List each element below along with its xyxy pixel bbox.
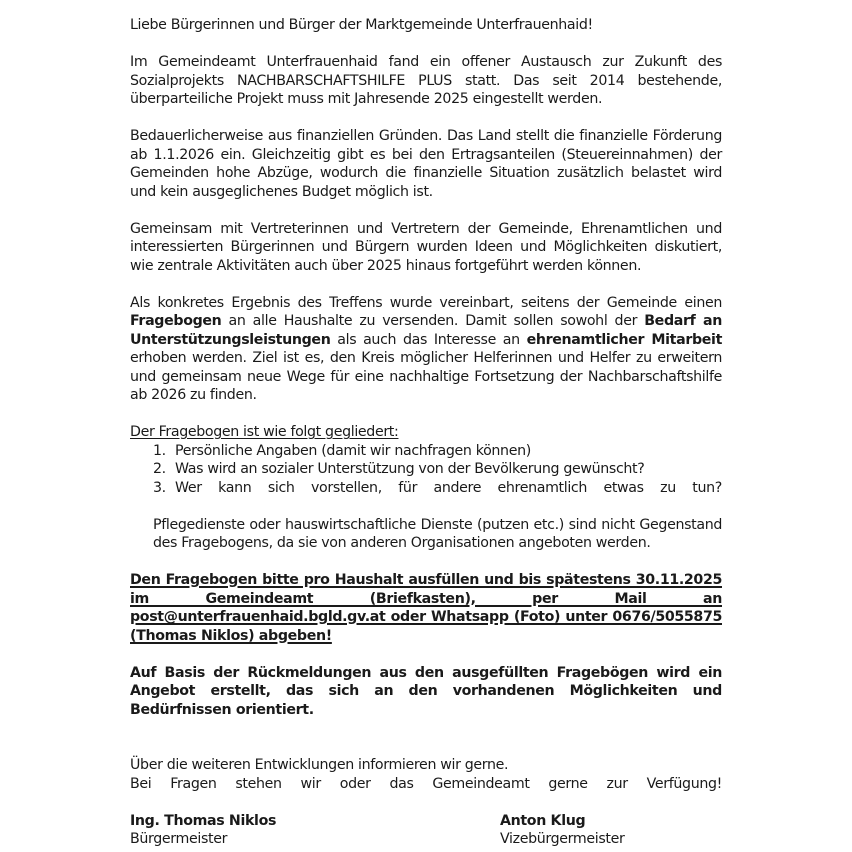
closing-line-1: Über die weiteren Entwicklungen informie… <box>130 756 722 775</box>
signature-mayor: Ing. Thomas Niklos Bürgermeister <box>130 812 276 849</box>
signature-name: Ing. Thomas Niklos <box>130 812 276 831</box>
result-text-3: als auch das Interesse an <box>330 332 526 348</box>
list-item-number: 3. <box>153 479 166 498</box>
list-item-text: Wer kann sich vorstellen, für andere ehr… <box>175 480 722 496</box>
list-item-text: Was wird an sozialer Unterstützung von d… <box>175 461 644 477</box>
reason-paragraph: Bedauerlicherweise aus finanziellen Grün… <box>130 127 722 201</box>
list-item-text: Persönliche Angaben (damit wir nachfrage… <box>175 443 531 459</box>
list-item-number: 2. <box>153 460 166 479</box>
signature-role: Bürgermeister <box>130 830 276 849</box>
structure-note: Pflegedienste oder hauswirtschaftliche D… <box>153 516 722 553</box>
list-item-number: 1. <box>153 442 166 461</box>
signature-block: Ing. Thomas Niklos Bürgermeister Anton K… <box>130 812 722 849</box>
result-text-1: Als konkretes Ergebnis des Treffens wurd… <box>130 295 722 311</box>
discussion-paragraph: Gemeinsam mit Vertreterinnen und Vertret… <box>130 220 722 276</box>
result-text-2: an alle Haushalte zu versenden. Damit so… <box>221 313 644 329</box>
letter-page: Liebe Bürgerinnen und Bürger der Marktge… <box>130 16 722 849</box>
result-text-4: erhoben werden. Ziel ist es, den Kreis m… <box>130 350 722 403</box>
salutation: Liebe Bürgerinnen und Bürger der Marktge… <box>130 16 722 35</box>
result-paragraph: Als konkretes Ergebnis des Treffens wurd… <box>130 294 722 405</box>
result-bold-volunteer-interest: ehrenamtlicher Mitarbeit <box>527 332 722 348</box>
closing-line-2: Bei Fragen stehen wir oder das Gemeindea… <box>130 775 722 794</box>
structure-heading: Der Fragebogen ist wie folgt gegliedert: <box>130 423 722 442</box>
intro-paragraph: Im Gemeindeamt Unterfrauenhaid fand ein … <box>130 53 722 109</box>
list-item: 1.Persönliche Angaben (damit wir nachfra… <box>130 442 722 461</box>
outcome-text: Auf Basis der Rückmeldungen aus den ausg… <box>130 665 722 718</box>
signature-role: Vizebürgermeister <box>500 830 624 849</box>
outcome-paragraph: Auf Basis der Rückmeldungen aus den ausg… <box>130 664 722 720</box>
list-item: 2.Was wird an sozialer Unterstützung von… <box>130 460 722 479</box>
result-bold-questionnaire: Fragebogen <box>130 313 221 329</box>
spacer <box>130 738 722 757</box>
signature-name: Anton Klug <box>500 812 624 831</box>
signature-vice-mayor: Anton Klug Vizebürgermeister <box>500 812 624 849</box>
structure-list: 1.Persönliche Angaben (damit wir nachfra… <box>130 442 722 498</box>
call-to-action: Den Fragebogen bitte pro Haushalt ausfül… <box>130 571 722 645</box>
list-item: 3.Wer kann sich vorstellen, für andere e… <box>130 479 722 498</box>
